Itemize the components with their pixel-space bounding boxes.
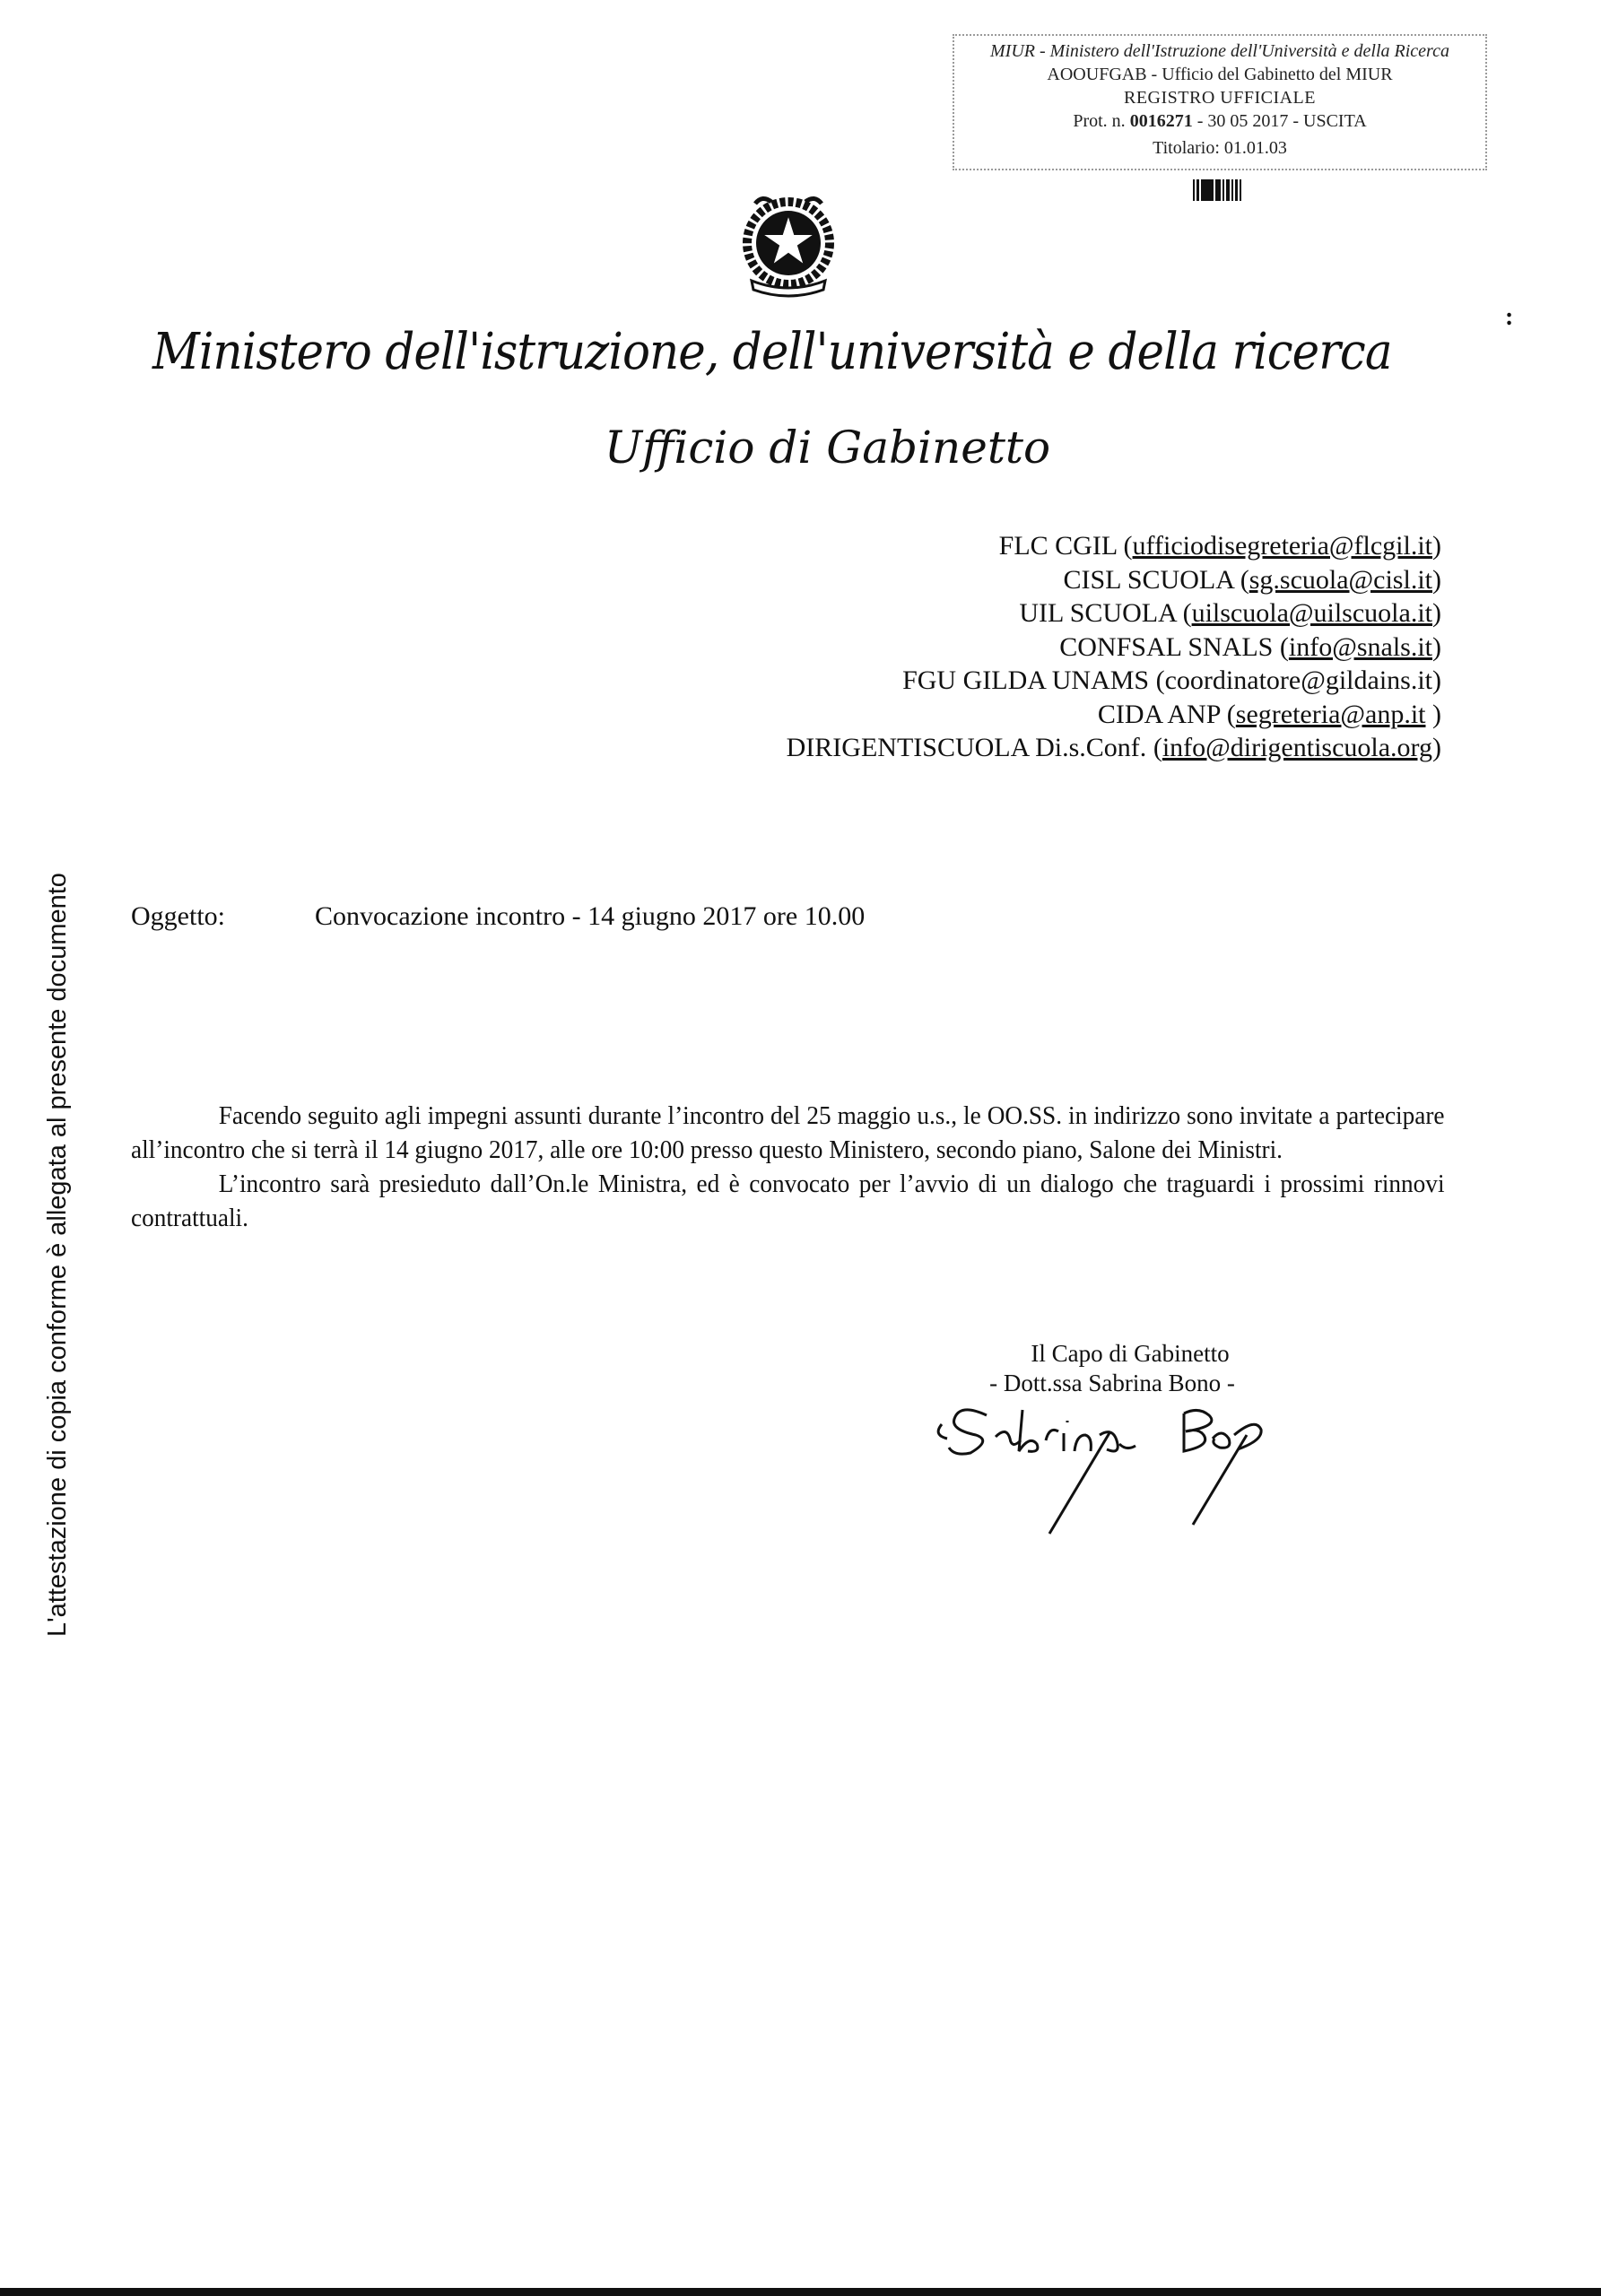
stamp-protocol-line: Prot. n. 0016271 - 30 05 2017 - USCITA bbox=[954, 109, 1485, 133]
signatory-name: - Dott.ssa Sabrina Bono - bbox=[969, 1369, 1256, 1398]
recipient-name: FLC CGIL bbox=[999, 531, 1117, 561]
recipient: CONFSAL SNALS (info@snals.it) bbox=[787, 631, 1441, 665]
recipient-email[interactable]: info@dirigentiscuola.org bbox=[1162, 733, 1432, 762]
stamp-titolario: Titolario: 01.01.03 bbox=[954, 136, 1485, 160]
body-paragraph: Facendo seguito agli impegni assunti dur… bbox=[131, 1099, 1445, 1167]
stamp-prot-suffix: - 30 05 2017 - USCITA bbox=[1197, 111, 1367, 131]
recipient: UIL SCUOLA (uilscuola@uilscuola.it) bbox=[787, 596, 1441, 631]
recipient-name: CISL SCUOLA bbox=[1063, 565, 1233, 595]
recipient-name: UIL SCUOLA bbox=[1019, 598, 1176, 628]
recipient: CIDA ANP (segreteria@anp.it ) bbox=[787, 698, 1441, 732]
recipient-email: coordinatore@gildains.it bbox=[1165, 665, 1432, 695]
handwritten-signature-icon bbox=[924, 1399, 1318, 1543]
letter-body: Facendo seguito agli impegni assunti dur… bbox=[131, 1099, 1445, 1235]
body-paragraph: L’incontro sarà presieduto dall’On.le Mi… bbox=[131, 1167, 1445, 1235]
bottom-rule bbox=[0, 2288, 1601, 2296]
signatory-role: Il Capo di Gabinetto bbox=[969, 1339, 1256, 1369]
recipient-name: CIDA ANP bbox=[1098, 700, 1220, 729]
copy-attestation-note: L'attestazione di copia conforme è alleg… bbox=[43, 650, 73, 1637]
barcode-icon bbox=[1193, 179, 1265, 201]
recipient: CISL SCUOLA (sg.scuola@cisl.it) bbox=[787, 563, 1441, 597]
italian-republic-emblem-icon bbox=[735, 191, 841, 306]
stamp-prot-prefix: Prot. n. bbox=[1073, 111, 1125, 131]
stamp-ministry-line: MIUR - Ministero dell'Istruzione dell'Un… bbox=[954, 39, 1485, 63]
protocol-stamp: MIUR - Ministero dell'Istruzione dell'Un… bbox=[953, 34, 1487, 170]
recipient-email[interactable]: ufficiodisegreteria@flcgil.it bbox=[1133, 531, 1432, 561]
recipient-name: DIRIGENTISCUOLA Di.s.Conf. bbox=[787, 733, 1147, 762]
recipient: FLC CGIL (ufficiodisegreteria@flcgil.it) bbox=[787, 529, 1441, 563]
stamp-office-line: AOOUFGAB - Ufficio del Gabinetto del MIU… bbox=[954, 63, 1485, 86]
stamp-register-line: REGISTRO UFFICIALE bbox=[954, 86, 1485, 109]
recipient-name: CONFSAL SNALS bbox=[1059, 632, 1273, 662]
subject-label: Oggetto: bbox=[131, 901, 315, 932]
ministry-title: Ministero dell'istruzione, dell'universi… bbox=[152, 323, 1357, 381]
recipient: DIRIGENTISCUOLA Di.s.Conf. (info@dirigen… bbox=[787, 731, 1441, 765]
recipient-name: FGU GILDA UNAMS bbox=[902, 665, 1149, 695]
recipient-email[interactable]: segreteria@anp.it bbox=[1236, 700, 1426, 729]
stamp-prot-number: 0016271 bbox=[1130, 111, 1193, 131]
recipients-list: FLC CGIL (ufficiodisegreteria@flcgil.it)… bbox=[787, 529, 1441, 765]
signature-block: Il Capo di Gabinetto - Dott.ssa Sabrina … bbox=[969, 1339, 1256, 1398]
stray-mark: : bbox=[1505, 303, 1513, 332]
recipient-email[interactable]: info@snals.it bbox=[1289, 632, 1432, 662]
recipient-email[interactable]: sg.scuola@cisl.it bbox=[1249, 565, 1432, 595]
recipient: FGU GILDA UNAMS (coordinatore@gildains.i… bbox=[787, 664, 1441, 698]
recipient-email[interactable]: uilscuola@uilscuola.it bbox=[1192, 598, 1432, 628]
office-title: Ufficio di Gabinetto bbox=[0, 422, 1601, 474]
subject-text: Convocazione incontro - 14 giugno 2017 o… bbox=[315, 901, 865, 932]
subject-line: Oggetto: Convocazione incontro - 14 giug… bbox=[131, 901, 865, 932]
